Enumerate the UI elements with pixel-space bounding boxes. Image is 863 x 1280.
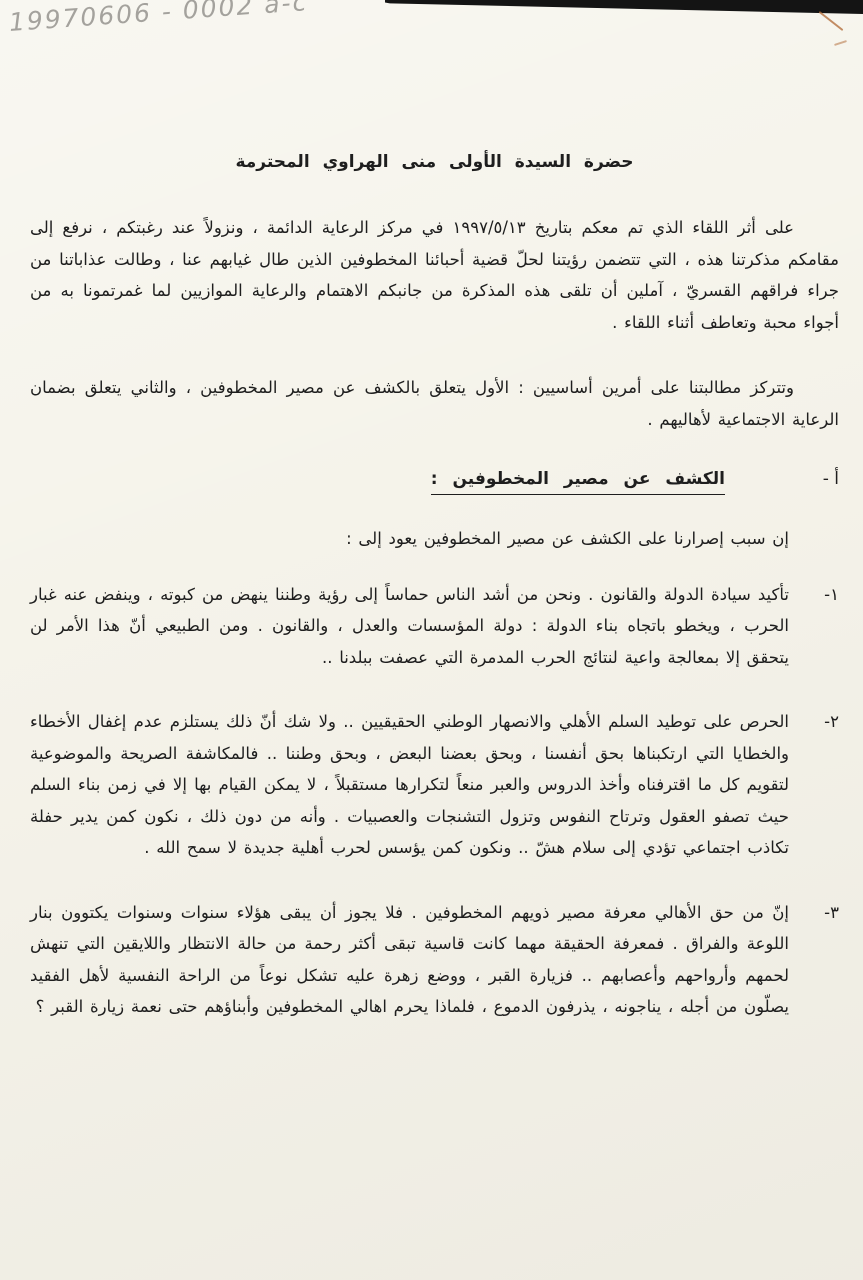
salutation-line: حضرة السيدة الأولى منى الهراوي المحترمة <box>30 152 839 172</box>
list-item-1: ١- تأكيد سيادة الدولة والقانون . ونحن من… <box>30 579 839 674</box>
demands-summary-paragraph: وتتركز مطالبتنا على أمرين أساسيين : الأو… <box>30 372 839 435</box>
letter-body: حضرة السيدة الأولى منى الهراوي المحترمة … <box>0 0 863 1280</box>
list-item-3-text: إنّ من حق الأهالي معرفة مصير ذويهم المخط… <box>30 897 789 1023</box>
list-item-2-number: ٢- <box>789 706 839 864</box>
list-item-2-text: الحرص على توطيد السلم الأهلي والانصهار ا… <box>30 706 789 864</box>
list-item-1-number: ١- <box>789 579 839 674</box>
opening-paragraph: على أثر اللقاء الذي تم معكم بتاريخ ١٩٩٧/… <box>30 212 839 338</box>
section-a-title: الكشف عن مصير المخطوفين : <box>431 469 725 495</box>
list-item-3: ٣- إنّ من حق الأهالي معرفة مصير ذويهم ال… <box>30 897 839 1023</box>
section-a-marker: أ - <box>789 469 839 489</box>
section-a-intro-line: إن سبب إصرارنا على الكشف عن مصير المخطوف… <box>30 523 839 555</box>
section-a-heading-row: أ - الكشف عن مصير المخطوفين : <box>30 469 839 495</box>
list-item-1-text: تأكيد سيادة الدولة والقانون . ونحن من أش… <box>30 579 789 674</box>
scanned-letter-page: 19970606 - 0002 a-c حضرة السيدة الأولى م… <box>0 0 863 1280</box>
list-item-2: ٢- الحرص على توطيد السلم الأهلي والانصها… <box>30 706 839 864</box>
list-item-3-number: ٣- <box>789 897 839 1023</box>
